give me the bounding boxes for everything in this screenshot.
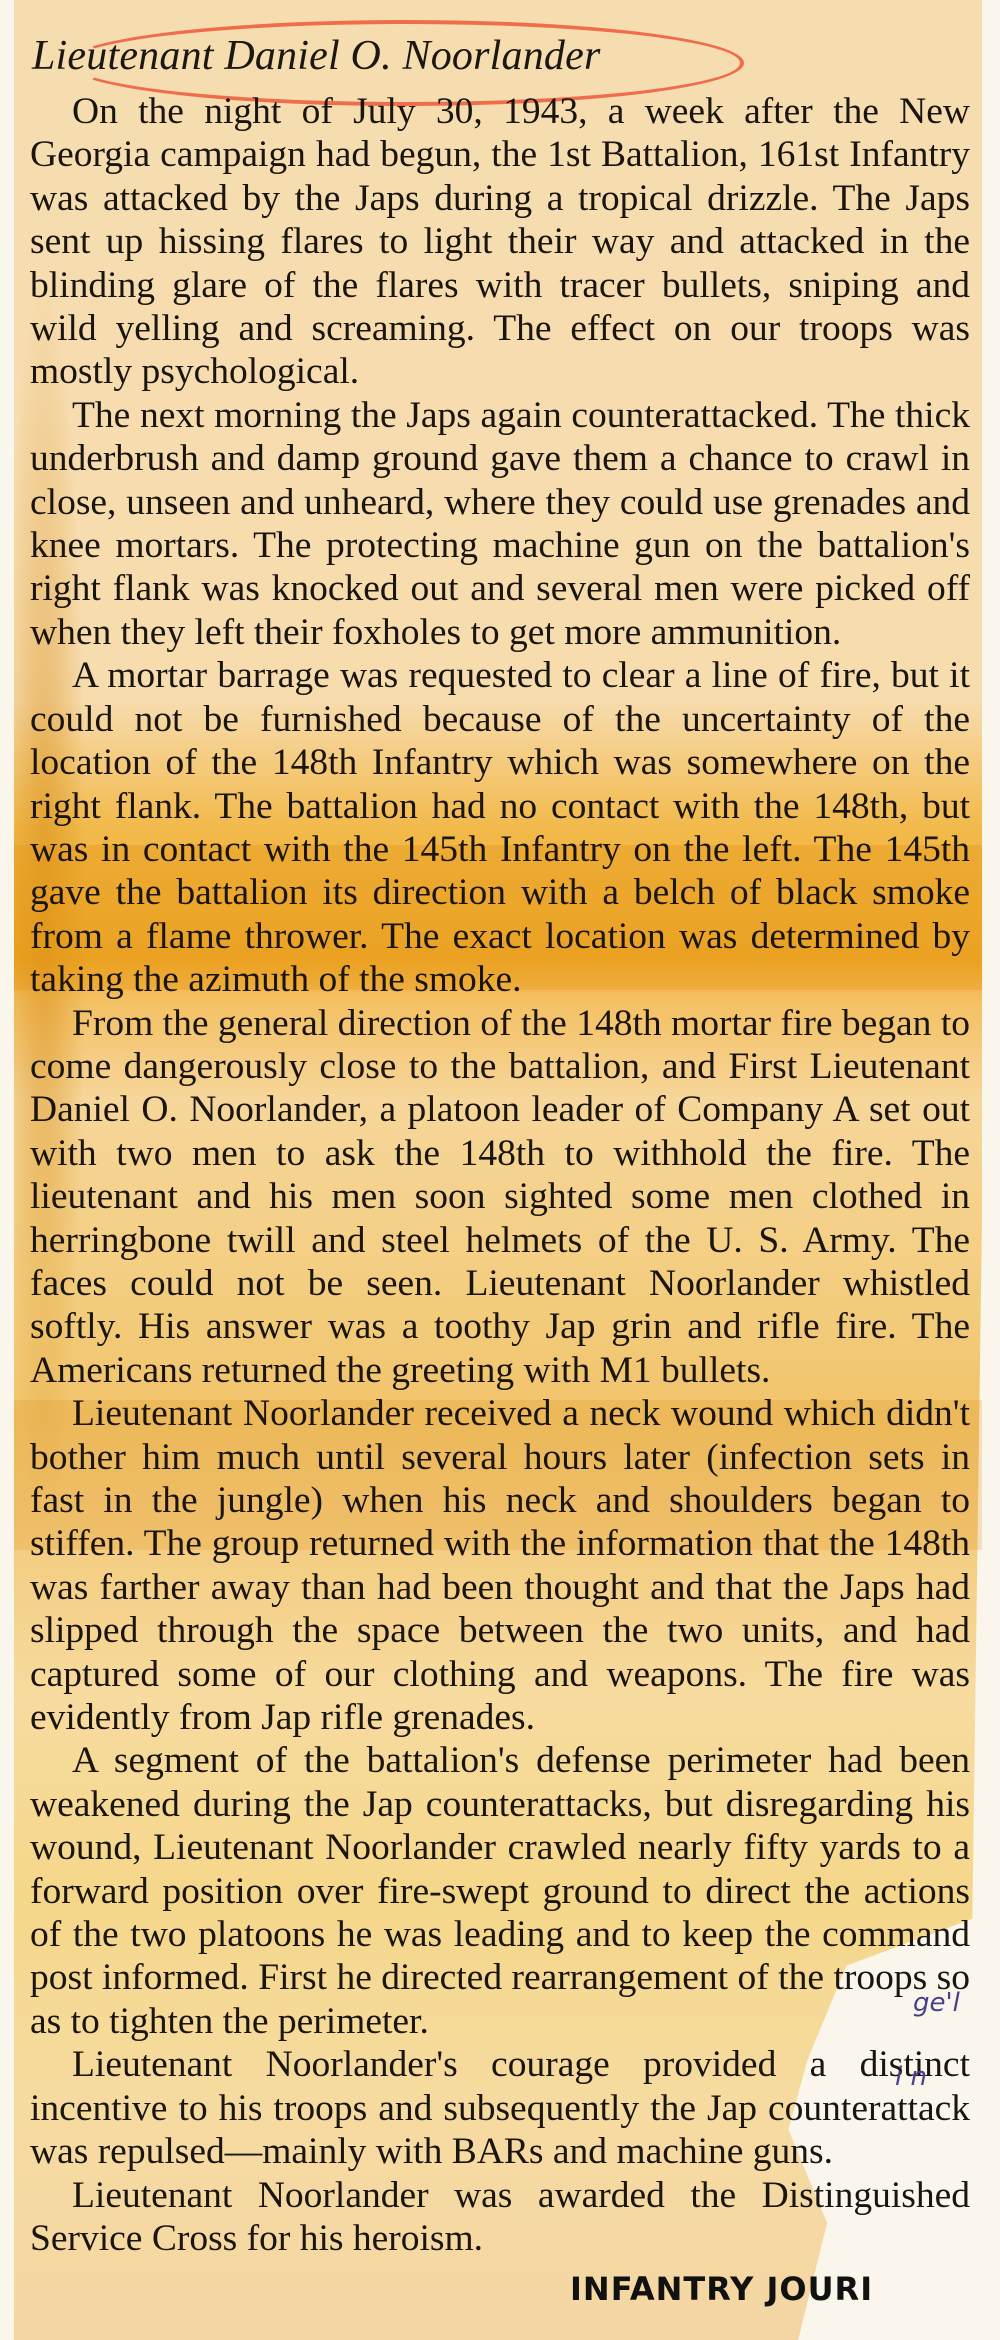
paragraph: On the night of July 30, 1943, a week af… xyxy=(30,90,970,394)
article-title: Lieutenant Daniel O. Noorlander xyxy=(32,32,601,80)
paragraph: A segment of the battalion's defense per… xyxy=(30,1739,970,2043)
paragraph: Lieutenant Noorlander received a neck wo… xyxy=(30,1392,970,1739)
title-block: Lieutenant Daniel O. Noorlander xyxy=(26,18,716,98)
paragraph: From the general direction of the 148th … xyxy=(30,1002,970,1393)
handwritten-note: i n xyxy=(895,2062,927,2092)
paragraph: The next morning the Japs again countera… xyxy=(30,394,970,654)
paragraph: Lieutenant Noorlander was awarded the Di… xyxy=(30,2174,970,2261)
paragraph: A mortar barrage was requested to clear … xyxy=(30,654,970,1001)
paragraph: Lieutenant Noorlander's courage provided… xyxy=(30,2043,970,2173)
article-body: On the night of July 30, 1943, a week af… xyxy=(30,90,970,2260)
publication-credit: INFANTRY JOURI xyxy=(570,2270,878,2308)
handwritten-note: ge'l xyxy=(913,1988,960,2018)
